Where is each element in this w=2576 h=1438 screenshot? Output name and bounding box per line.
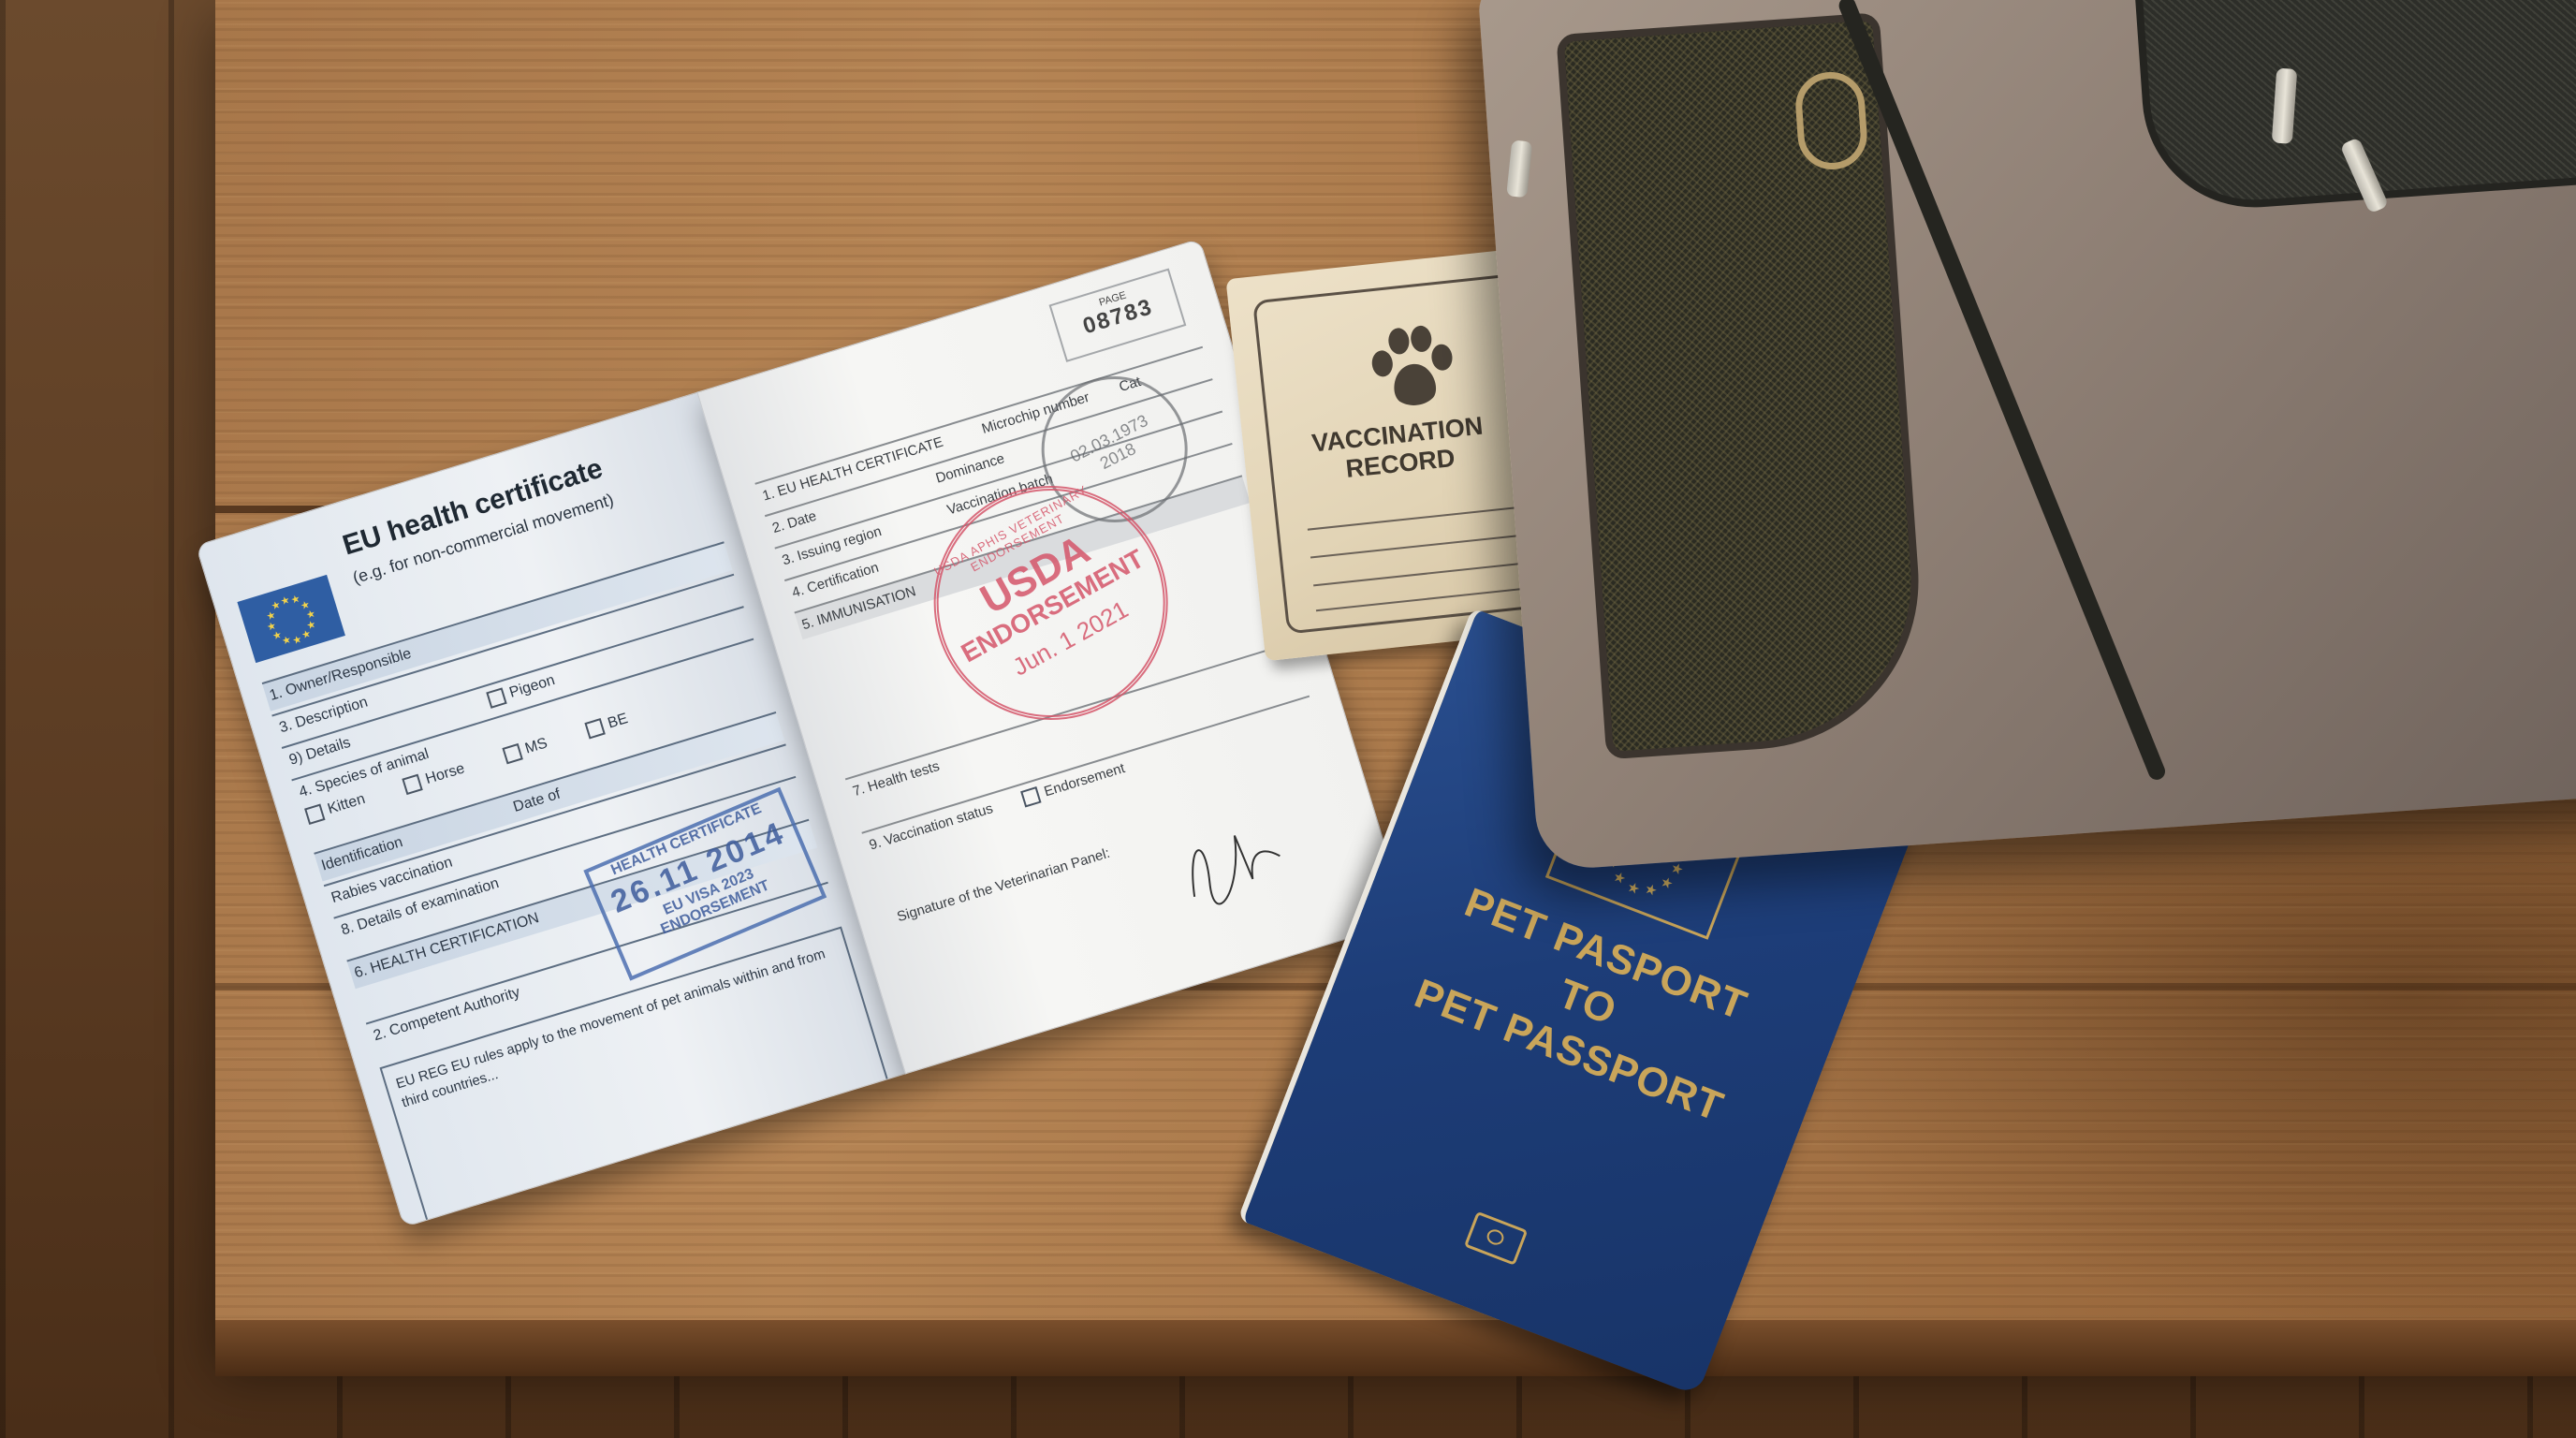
signature-caption: Signature of the Veterinarian Panel:: [895, 845, 1111, 926]
blank-line: [1316, 588, 1523, 611]
star-icon: ★: [299, 597, 311, 611]
checkbox[interactable]: [584, 718, 605, 739]
carrier-mesh-window: [1556, 12, 1929, 759]
checkbox[interactable]: [502, 743, 522, 764]
eu-flag-icon: ★★★★★★★★★★★★: [237, 575, 345, 663]
star-icon: ★: [1658, 873, 1676, 893]
blank-line: [1308, 506, 1515, 530]
star-icon: ★: [1642, 880, 1660, 901]
zipper-pull-icon[interactable]: [1506, 139, 1532, 198]
star-icon: ★: [1625, 878, 1643, 899]
d-ring-icon[interactable]: [1793, 70, 1869, 172]
pet-carrier-bag[interactable]: [1477, 0, 2576, 872]
carrier-top-mesh: [2131, 0, 2576, 214]
biometric-chip-icon: [1464, 1211, 1528, 1266]
checkbox[interactable]: [1021, 786, 1042, 807]
paw-print-icon: [1362, 320, 1464, 414]
signature-icon: [1166, 804, 1298, 917]
blank-line: [1310, 535, 1517, 558]
blank-line: [1313, 563, 1520, 586]
checkbox[interactable]: [486, 687, 506, 708]
checkbox[interactable]: [402, 774, 423, 795]
vaccination-record-title: VACCINATION RECORD: [1269, 407, 1529, 492]
checkbox[interactable]: [304, 804, 325, 825]
serial-box: PAGE 08783: [1049, 269, 1187, 362]
